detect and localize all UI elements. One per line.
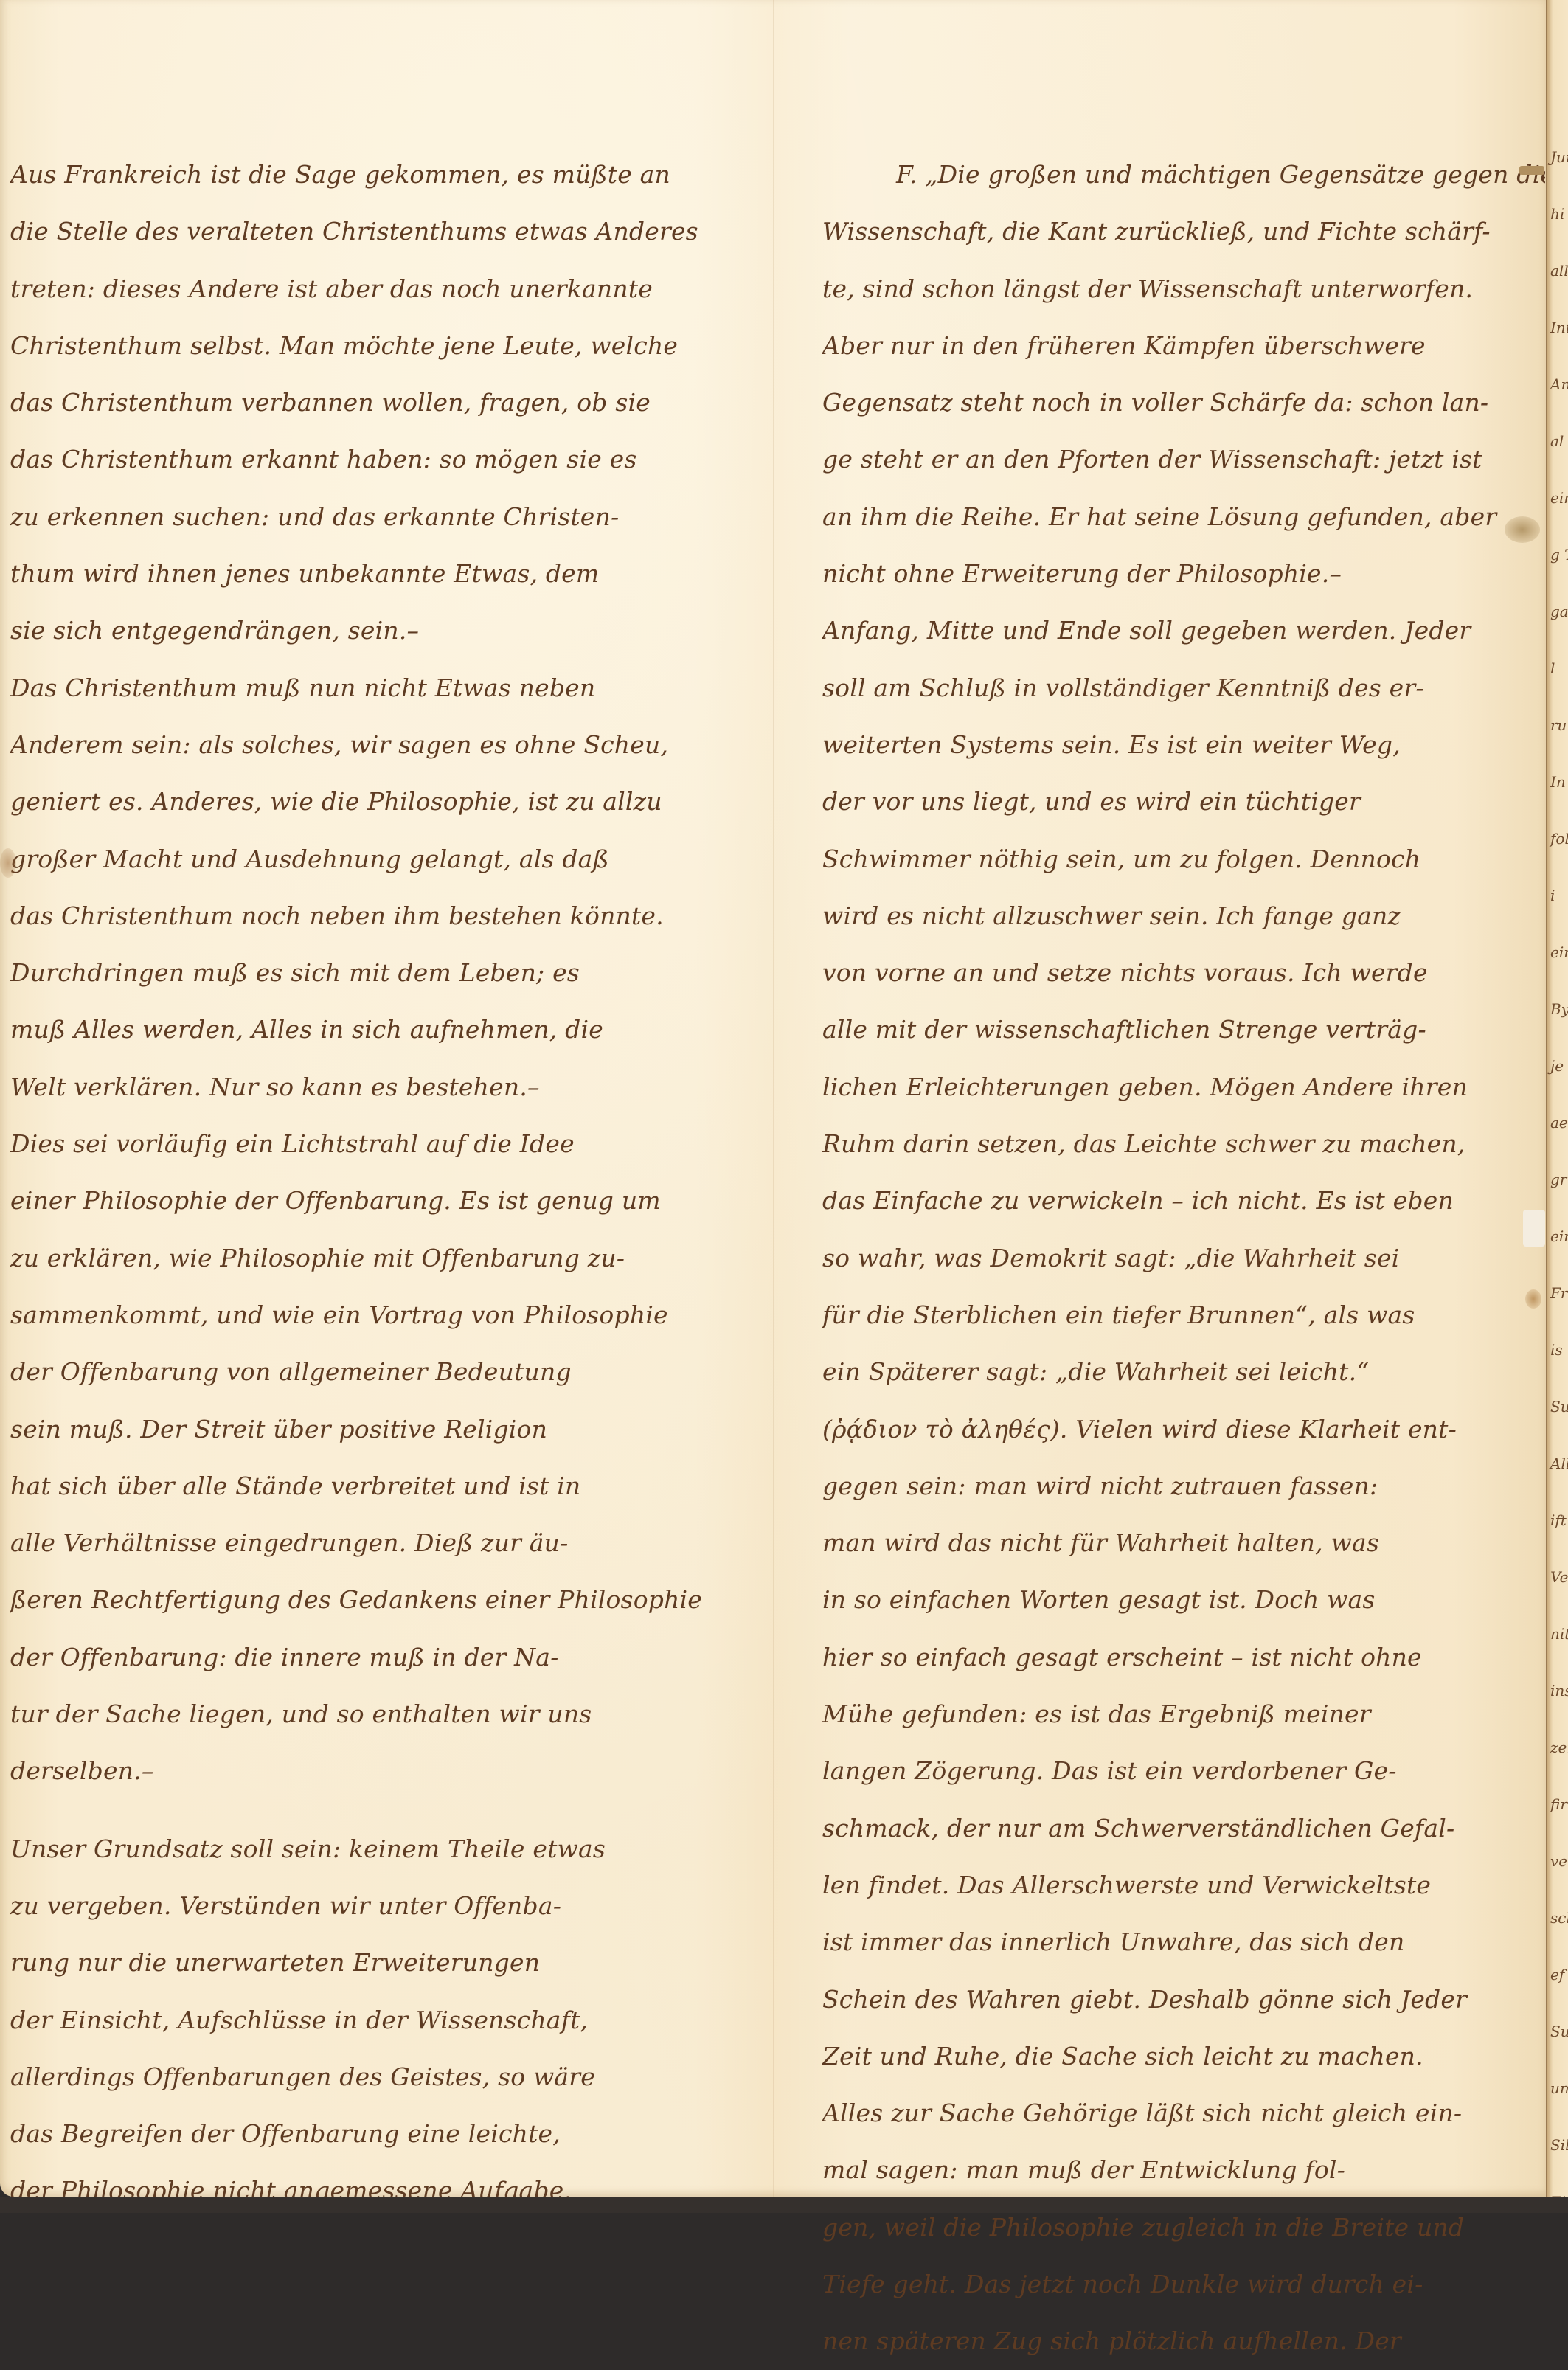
facing-page-fragment: ein (1547, 924, 1568, 981)
text-line: Zeit und Ruhe, die Sache sich leicht zu … (822, 2028, 1545, 2085)
text-line: hier so einfach gesagt erscheint – ist n… (822, 1629, 1545, 1685)
facing-page-fragment: By (1547, 981, 1568, 1038)
text-line: lichen Erleichterungen geben. Mögen Ande… (822, 1058, 1545, 1115)
facing-page-fragment: ae (1547, 1095, 1568, 1151)
facing-page-fragment: Fr (1547, 1265, 1568, 1322)
text-line: thum wird ihnen jenes unbekannte Etwas, … (10, 545, 763, 602)
facing-page-fragment: Jun (1547, 129, 1568, 186)
text-line: zu erklären, wie Philosophie mit Offenba… (10, 1230, 763, 1286)
facing-page-fragment: zer (1547, 1719, 1568, 1776)
text-line: Schwimmer nöthig sein, um zu folgen. Den… (822, 831, 1545, 887)
text-line: Anderem sein: als solches, wir sagen es … (10, 716, 763, 773)
text-line: mal sagen: man muß der Entwicklung fol- (822, 2141, 1545, 2198)
facing-page-fragment: ver (1547, 1833, 1568, 1890)
facing-page-text-fragments: Jun hi all Int An al ein g T ga l ru In … (1547, 129, 1568, 2213)
text-line: Aber nur in den früheren Kämpfen übersch… (822, 317, 1545, 374)
text-line: sammenkommt, und wie ein Vortrag von Phi… (10, 1286, 763, 1343)
text-line: Mühe gefunden: es ist das Ergebniß meine… (822, 1685, 1545, 1742)
text-line: die Stelle des veralteten Christenthums … (10, 203, 763, 260)
text-line: Ruhm darin setzen, das Leichte schwer zu… (822, 1115, 1545, 1172)
text-line: Dies sei vorläufig ein Lichtstrahl auf d… (10, 1115, 763, 1172)
text-line: hat sich über alle Stände verbreitet und… (10, 1458, 763, 1514)
text-line: Das Christenthum muß nun nicht Etwas neb… (10, 659, 763, 716)
text-line: Alles zur Sache Gehörige läßt sich nicht… (822, 2085, 1545, 2141)
text-line-section-marker: F. „Die großen und mächtigen Gegensätze … (822, 146, 1545, 203)
facing-page-fragment: l (1547, 640, 1568, 697)
text-line: großer Macht und Ausdehnung gelangt, als… (10, 831, 763, 887)
facing-page-fragment: ung (1547, 2060, 1568, 2117)
text-line: rung nur die unerwarteten Erweiterungen (10, 1934, 763, 1991)
text-line: alle mit der wissenschaftlichen Strenge … (822, 1001, 1545, 1058)
text-line: für die Sterblichen ein tiefer Brunnen“,… (822, 1286, 1545, 1343)
facing-page-fragment: ein (1547, 1208, 1568, 1265)
text-line: Gegensatz steht noch in voller Schärfe d… (822, 374, 1545, 431)
text-line: ein Späterer sagt: „die Wahrheit sei lei… (822, 1343, 1545, 1400)
text-line: Welt verklären. Nur so kann es bestehen.… (10, 1058, 763, 1115)
text-line: das Einfache zu verwickeln – ich nicht. … (822, 1172, 1545, 1229)
facing-page-fragment: fol (1547, 811, 1568, 867)
facing-page-edge: Jun hi all Int An al ein g T ga l ru In … (1546, 0, 1568, 2213)
facing-page-fragment: ef (1547, 1947, 1568, 2003)
text-line: wird es nicht allzuschwer sein. Ich fang… (822, 887, 1545, 944)
facing-page-fragment: fir (1547, 1776, 1568, 1833)
text-line: alle Verhältnisse eingedrungen. Dieß zur… (10, 1514, 763, 1571)
text-line: tur der Sache liegen, und so enthalten w… (10, 1685, 763, 1742)
text-line: langen Zögerung. Das ist ein verdorbener… (822, 1742, 1545, 1799)
text-line: so wahr, was Demokrit sagt: „die Wahrhei… (822, 1230, 1545, 1286)
text-line: allerdings Offenbarungen des Geistes, so… (10, 2048, 763, 2105)
facing-page-fragment: all (1547, 243, 1568, 299)
text-line: len findet. Das Allerschwerste und Verwi… (822, 1857, 1545, 1913)
facing-page-fragment: g T (1547, 527, 1568, 583)
text-line: ge steht er an den Pforten der Wissensch… (822, 431, 1545, 488)
text-line: das Christenthum noch neben ihm bestehen… (10, 887, 763, 944)
text-line: weiterten Systems sein. Es ist ein weite… (822, 716, 1545, 773)
text-line: schmack, der nur am Schwerverständlichen… (822, 1800, 1545, 1857)
right-column: F. „Die großen und mächtigen Gegensätze … (822, 146, 1545, 2213)
facing-page-fragment: i (1547, 867, 1568, 924)
text-line: von vorne an und setze nichts voraus. Ic… (822, 944, 1545, 1001)
text-line: Aus Frankreich ist die Sage gekommen, es… (10, 146, 763, 203)
facing-page-fragment: al (1547, 413, 1568, 470)
text-line: Christenthum selbst. Man möchte jene Leu… (10, 317, 763, 374)
text-line: soll am Schluß in vollständiger Kenntniß… (822, 659, 1545, 716)
text-line: das Christenthum verbannen wollen, frage… (10, 374, 763, 431)
text-line: einer Philosophie der Offenbarung. Es is… (10, 1172, 763, 1229)
text-line: zu erkennen suchen: und das erkannte Chr… (10, 488, 763, 545)
text-line: muß Alles werden, Alles in sich aufnehme… (10, 1001, 763, 1058)
facing-page-fragment: In (1547, 754, 1568, 811)
background-surface (0, 2197, 1568, 2213)
text-line: der Offenbarung: die innere muß in der N… (10, 1629, 763, 1685)
text-line: der vor uns liegt, und es wird ein tücht… (822, 773, 1545, 830)
text-line: te, sind schon längst der Wissenschaft u… (822, 260, 1545, 317)
text-line: derselben.– (10, 1742, 763, 1799)
facing-page-fragment: Int (1547, 299, 1568, 356)
text-line: Unser Grundsatz soll sein: keinem Theile… (10, 1820, 763, 1877)
text-line: sie sich entgegendrängen, sein.– (10, 602, 763, 659)
facing-page-fragment: An (1547, 356, 1568, 413)
text-line: der Einsicht, Aufschlüsse in der Wissens… (10, 1992, 763, 2048)
text-line: in so einfachen Worten gesagt ist. Doch … (822, 1571, 1545, 1628)
facing-page-fragment: nit (1547, 1606, 1568, 1663)
text-line: nicht ohne Erweiterung der Philosophie.– (822, 545, 1545, 602)
text-line: ist immer das innerlich Unwahre, das sic… (822, 1913, 1545, 1970)
facing-page-fragment: ru (1547, 697, 1568, 754)
text-line: treten: dieses Andere ist aber das noch … (10, 260, 763, 317)
facing-page-fragment: ein (1547, 470, 1568, 527)
facing-page-fragment: Sil (1547, 2117, 1568, 2174)
text-line: ßeren Rechtfertigung des Gedankens einer… (10, 1571, 763, 1628)
facing-page-fragment: gr (1547, 1151, 1568, 1208)
facing-page-fragment: ga (1547, 583, 1568, 640)
facing-page-fragment: inse (1547, 1663, 1568, 1719)
text-line: Schein des Wahren giebt. Deshalb gönne s… (822, 1971, 1545, 2028)
facing-page-fragment: sch (1547, 1890, 1568, 1947)
facing-page-fragment: Sum (1547, 1379, 1568, 1435)
text-line: man wird das nicht für Wahrheit halten, … (822, 1514, 1545, 1571)
text-line: gegen sein: man wird nicht zutrauen fass… (822, 1458, 1545, 1514)
facing-page-fragment: je (1547, 1038, 1568, 1095)
text-line: das Begreifen der Offenbarung eine leich… (10, 2105, 763, 2162)
text-line-greek-quote: (ῥᾴδιον τὸ ἀληθές). Vielen wird diese Kl… (822, 1401, 1545, 1458)
text-line: sein muß. Der Streit über positive Relig… (10, 1401, 763, 1458)
text-line: Wissenschaft, die Kant zurückließ, und F… (822, 203, 1545, 260)
facing-page-fragment: ift (1547, 1492, 1568, 1549)
facing-page-fragment: hi (1547, 186, 1568, 243)
text-line: Durchdringen muß es sich mit dem Leben; … (10, 944, 763, 1001)
text-line: an ihm die Reihe. Er hat seine Lösung ge… (822, 488, 1545, 545)
text-line: zu vergeben. Verstünden wir unter Offenb… (10, 1877, 763, 1934)
facing-page-fragment: Ven (1547, 1549, 1568, 1606)
manuscript-page: Aus Frankreich ist die Sage gekommen, es… (0, 0, 1546, 2197)
facing-page-fragment: All (1547, 1435, 1568, 1492)
text-line: der Offenbarung von allgemeiner Bedeutun… (10, 1343, 763, 1400)
facing-page-fragment: is (1547, 1322, 1568, 1379)
text-line: Anfang, Mitte und Ende soll gegeben werd… (822, 602, 1545, 659)
left-column: Aus Frankreich ist die Sage gekommen, es… (10, 146, 763, 2213)
text-line: geniert es. Anderes, wie die Philosophie… (10, 773, 763, 830)
facing-page-fragment: Sun (1547, 2003, 1568, 2060)
text-line: das Christenthum erkannt haben: so mögen… (10, 431, 763, 488)
